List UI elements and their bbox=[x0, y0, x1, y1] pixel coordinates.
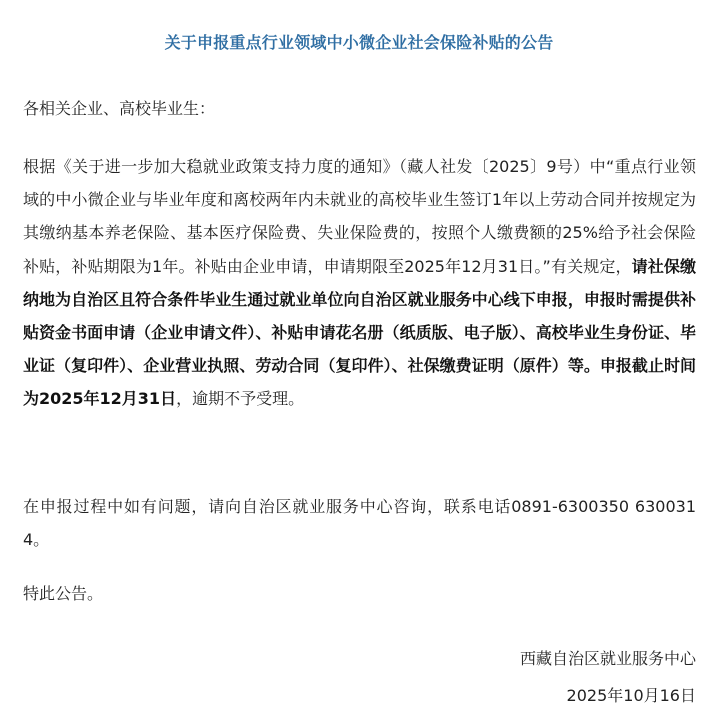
signature-block: 西藏自治区就业服务中心 2025年10月16日 bbox=[520, 640, 696, 714]
contact-paragraph: 在申报过程中如有问题，请向自治区就业服务中心咨询，联系电话0891-630035… bbox=[23, 490, 696, 556]
announcement-title: 关于申报重点行业领域中小微企业社会保险补贴的公告 bbox=[0, 30, 718, 53]
main-paragraph: 根据《关于进一步加大稳就业政策支持力度的通知》（藏人社发〔2025〕9号）中“重… bbox=[23, 150, 696, 416]
deadline-note-text: ，逾期不予受理。 bbox=[176, 389, 304, 408]
issue-date: 2025年10月16日 bbox=[520, 677, 696, 714]
policy-reference-text: 根据《关于进一步加大稳就业政策支持力度的通知》（藏人社发〔2025〕9号）中“重… bbox=[23, 157, 696, 276]
closing-paragraph: 特此公告。 bbox=[23, 577, 696, 610]
application-requirements-text: 请社保缴纳地为自治区且符合条件毕业生通过就业单位向自治区就业服务中心线下申报，申… bbox=[23, 257, 696, 409]
salutation: 各相关企业、高校毕业生： bbox=[23, 97, 215, 121]
announcement-page: 关于申报重点行业领域中小微企业社会保险补贴的公告 各相关企业、高校毕业生： 根据… bbox=[0, 0, 718, 717]
issuing-organization: 西藏自治区就业服务中心 bbox=[520, 640, 696, 677]
